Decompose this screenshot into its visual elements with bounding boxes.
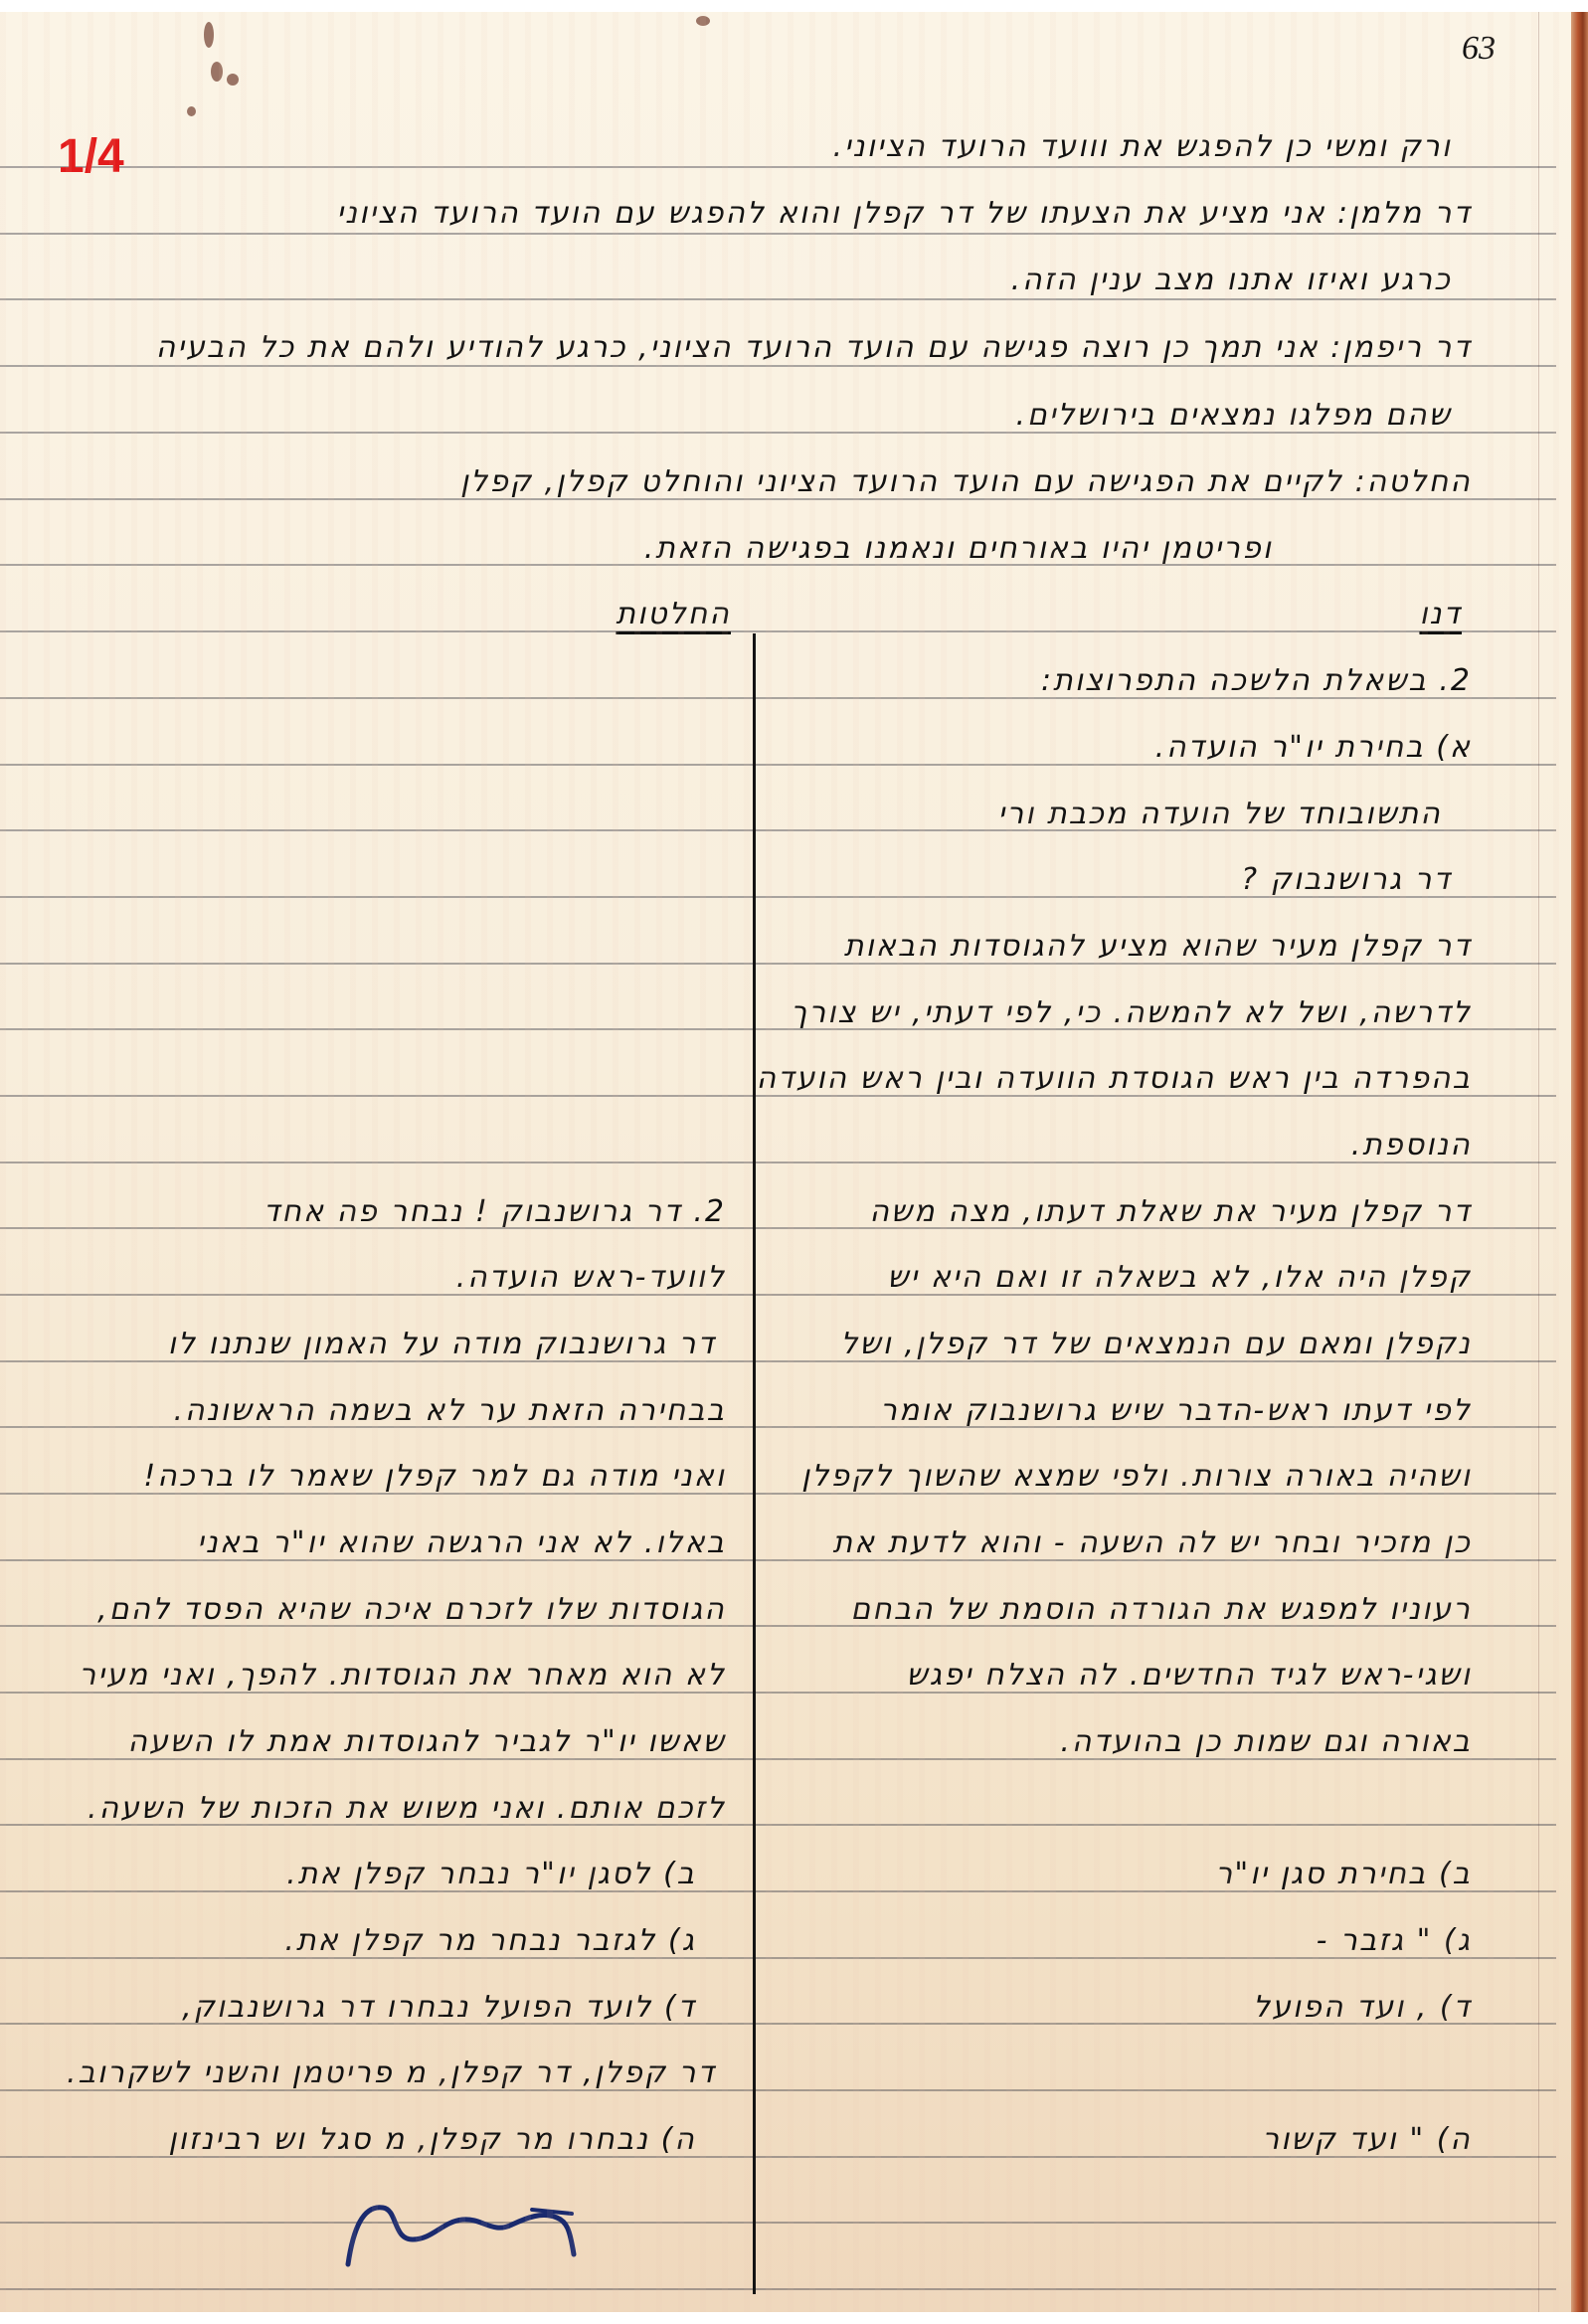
ink-stain <box>187 106 196 116</box>
preamble-line: ופריטמן יהיו באורחים ונאמנו בפגישה הזאת. <box>644 531 1273 566</box>
decision-line: דר קפלן, דר קפלן, מ פריטמן והשני לשקרוב. <box>67 2056 716 2090</box>
decision-line: לזכם אותם. ואני משוש את הזכות של השעה. <box>88 1791 726 1826</box>
preamble-line: כרגע ואיזו אתנו מצב ענין הזה. <box>1011 263 1452 297</box>
discussed-line: בהפרדה בין ראש הגוסדת הוועדה ובין ראש הו… <box>757 1061 1472 1096</box>
preamble-line: החלטה: לקיים את הפגישה עם הועד הרועד הצי… <box>460 464 1472 499</box>
discussed-line: רעוניו למפגש את הגורדה הוסמת של הבחם <box>850 1592 1472 1627</box>
discussed-line: הנוספת. <box>1351 1128 1472 1162</box>
signature <box>343 2200 592 2269</box>
decision-line: ה) נבחרו מר קפלן, מ סגל וש רבינזון <box>168 2122 696 2157</box>
discussed-line: נקפלן ומאם עם הנמצאים של דר קפלן, ושל <box>840 1327 1472 1361</box>
discussed-line: ב) בחירת סגן יו"ר <box>1215 1857 1472 1891</box>
ink-stain <box>227 74 239 86</box>
ink-stain <box>211 62 223 82</box>
ruled-line <box>0 298 1556 300</box>
discussed-line: ושהיה באורה צורות. ולפי שמצא שהשוך לקפלן <box>801 1459 1472 1494</box>
discussed-line: לדרשה, ושל לא להמשה. כי, לפי דעתי, יש צו… <box>791 995 1472 1030</box>
decision-line: שאשו יו"ר לגביר להגוסדות אמת לו השעה <box>128 1724 727 1759</box>
discussed-line: ד) , ועד הפועל <box>1253 1990 1472 2025</box>
discussed-line: ג) " גזבר - <box>1317 1923 1472 1958</box>
ink-stain <box>696 16 710 26</box>
decision-line: ד) לועד הפועל נבחרו דר גרושנבוק, <box>182 1990 696 2025</box>
discussed-line: 2. בשאלת הלשכה התפרוצות: <box>1041 663 1472 698</box>
ink-stain <box>204 22 214 48</box>
preamble-line: דר ריפמן: אני תמך כן רוצה פגישה עם הועד … <box>156 330 1472 365</box>
discussed-line: כן מזכיר ובחר יש לה השעה - והוא לדעת את <box>832 1525 1472 1560</box>
decision-line: ג) לגזבר נבחר מר קפלן את. <box>284 1923 696 1958</box>
ruled-line <box>0 166 1556 168</box>
discussed-line: לפי דעתו ראש-הדבר שיש גרושנבוק אומר <box>880 1393 1472 1428</box>
decision-line: דר גרושנבוק מודה על האמון שנתנו לו <box>168 1327 716 1361</box>
part-marker: 1/4 <box>58 129 124 184</box>
decision-line: ואני מודה גם למר קפלן שאמר לו ברכה! <box>143 1459 726 1494</box>
decision-line: לוועד-ראש הועדה. <box>456 1260 726 1295</box>
discussed-line: דר קפלן מעיר את שאלת דעתו, מצה משה <box>869 1194 1472 1229</box>
discussed-line: א) בחירת יו"ר הועדה. <box>1155 730 1472 765</box>
decision-line: באלו. לא אני הרגשה שהוא יו"ר באני <box>197 1525 726 1560</box>
preamble-line: שהם מפלגו נמצאים בירושלים. <box>1015 398 1452 433</box>
notebook-binding-edge <box>1571 12 1588 2312</box>
column-header-decisions: החלטות <box>616 597 731 631</box>
ruled-line <box>0 1162 1556 1163</box>
discussed-line: דר קפלן מעיר שהוא מציע להגוסדות הבאות <box>844 929 1472 964</box>
discussed-line: ה) " ועד קשור <box>1262 2122 1472 2157</box>
discussed-line: באורה וגם שמות כן בהועדה. <box>1060 1724 1472 1759</box>
notebook-page: 63 1/4 ורק ומשי כן להפגש את ווועד הרועד … <box>0 12 1571 2312</box>
decision-line: הגוסדות שלו לזכרם איכה שהיא הפסד להם, <box>97 1592 726 1627</box>
discussed-line: קפלן היה אלו, לא בשאלה זו ואם היא יש <box>887 1260 1472 1295</box>
column-header-discussed: דנו <box>1419 597 1462 631</box>
decision-line: בבחירה הזאת ער לא בשמה הראשונה. <box>173 1393 726 1428</box>
decision-line: לא הוא מאחר את הגוסדות. להפך, ואני מעיר <box>79 1658 726 1693</box>
discussed-line: ושגי-ראש לגיד החדשים. לה הצלח יפגש <box>907 1658 1473 1693</box>
page-number: 63 <box>1462 30 1496 68</box>
preamble-line: דר מלמן: אני מציע את הצעתו של דר קפלן וה… <box>336 196 1472 231</box>
column-divider <box>753 633 756 2294</box>
ruled-line <box>0 365 1556 367</box>
ruled-line <box>0 630 1556 632</box>
decision-line: 2. דר גרושנבוק ! נבחר פה אחד <box>264 1194 726 1229</box>
decision-line: ב) לסגן יו"ר נבחר קפלן את. <box>286 1857 696 1891</box>
ruled-line <box>0 2288 1556 2290</box>
ruled-line <box>0 2222 1556 2224</box>
preamble-line: ורק ומשי כן להפגש את ווועד הרועד הציוני. <box>832 129 1452 164</box>
discussed-line: דר גרושנבוק ? <box>1241 862 1452 897</box>
ruled-line <box>0 233 1556 235</box>
discussed-line: התשובוחד של הועדה מכבת ורי <box>998 797 1442 831</box>
